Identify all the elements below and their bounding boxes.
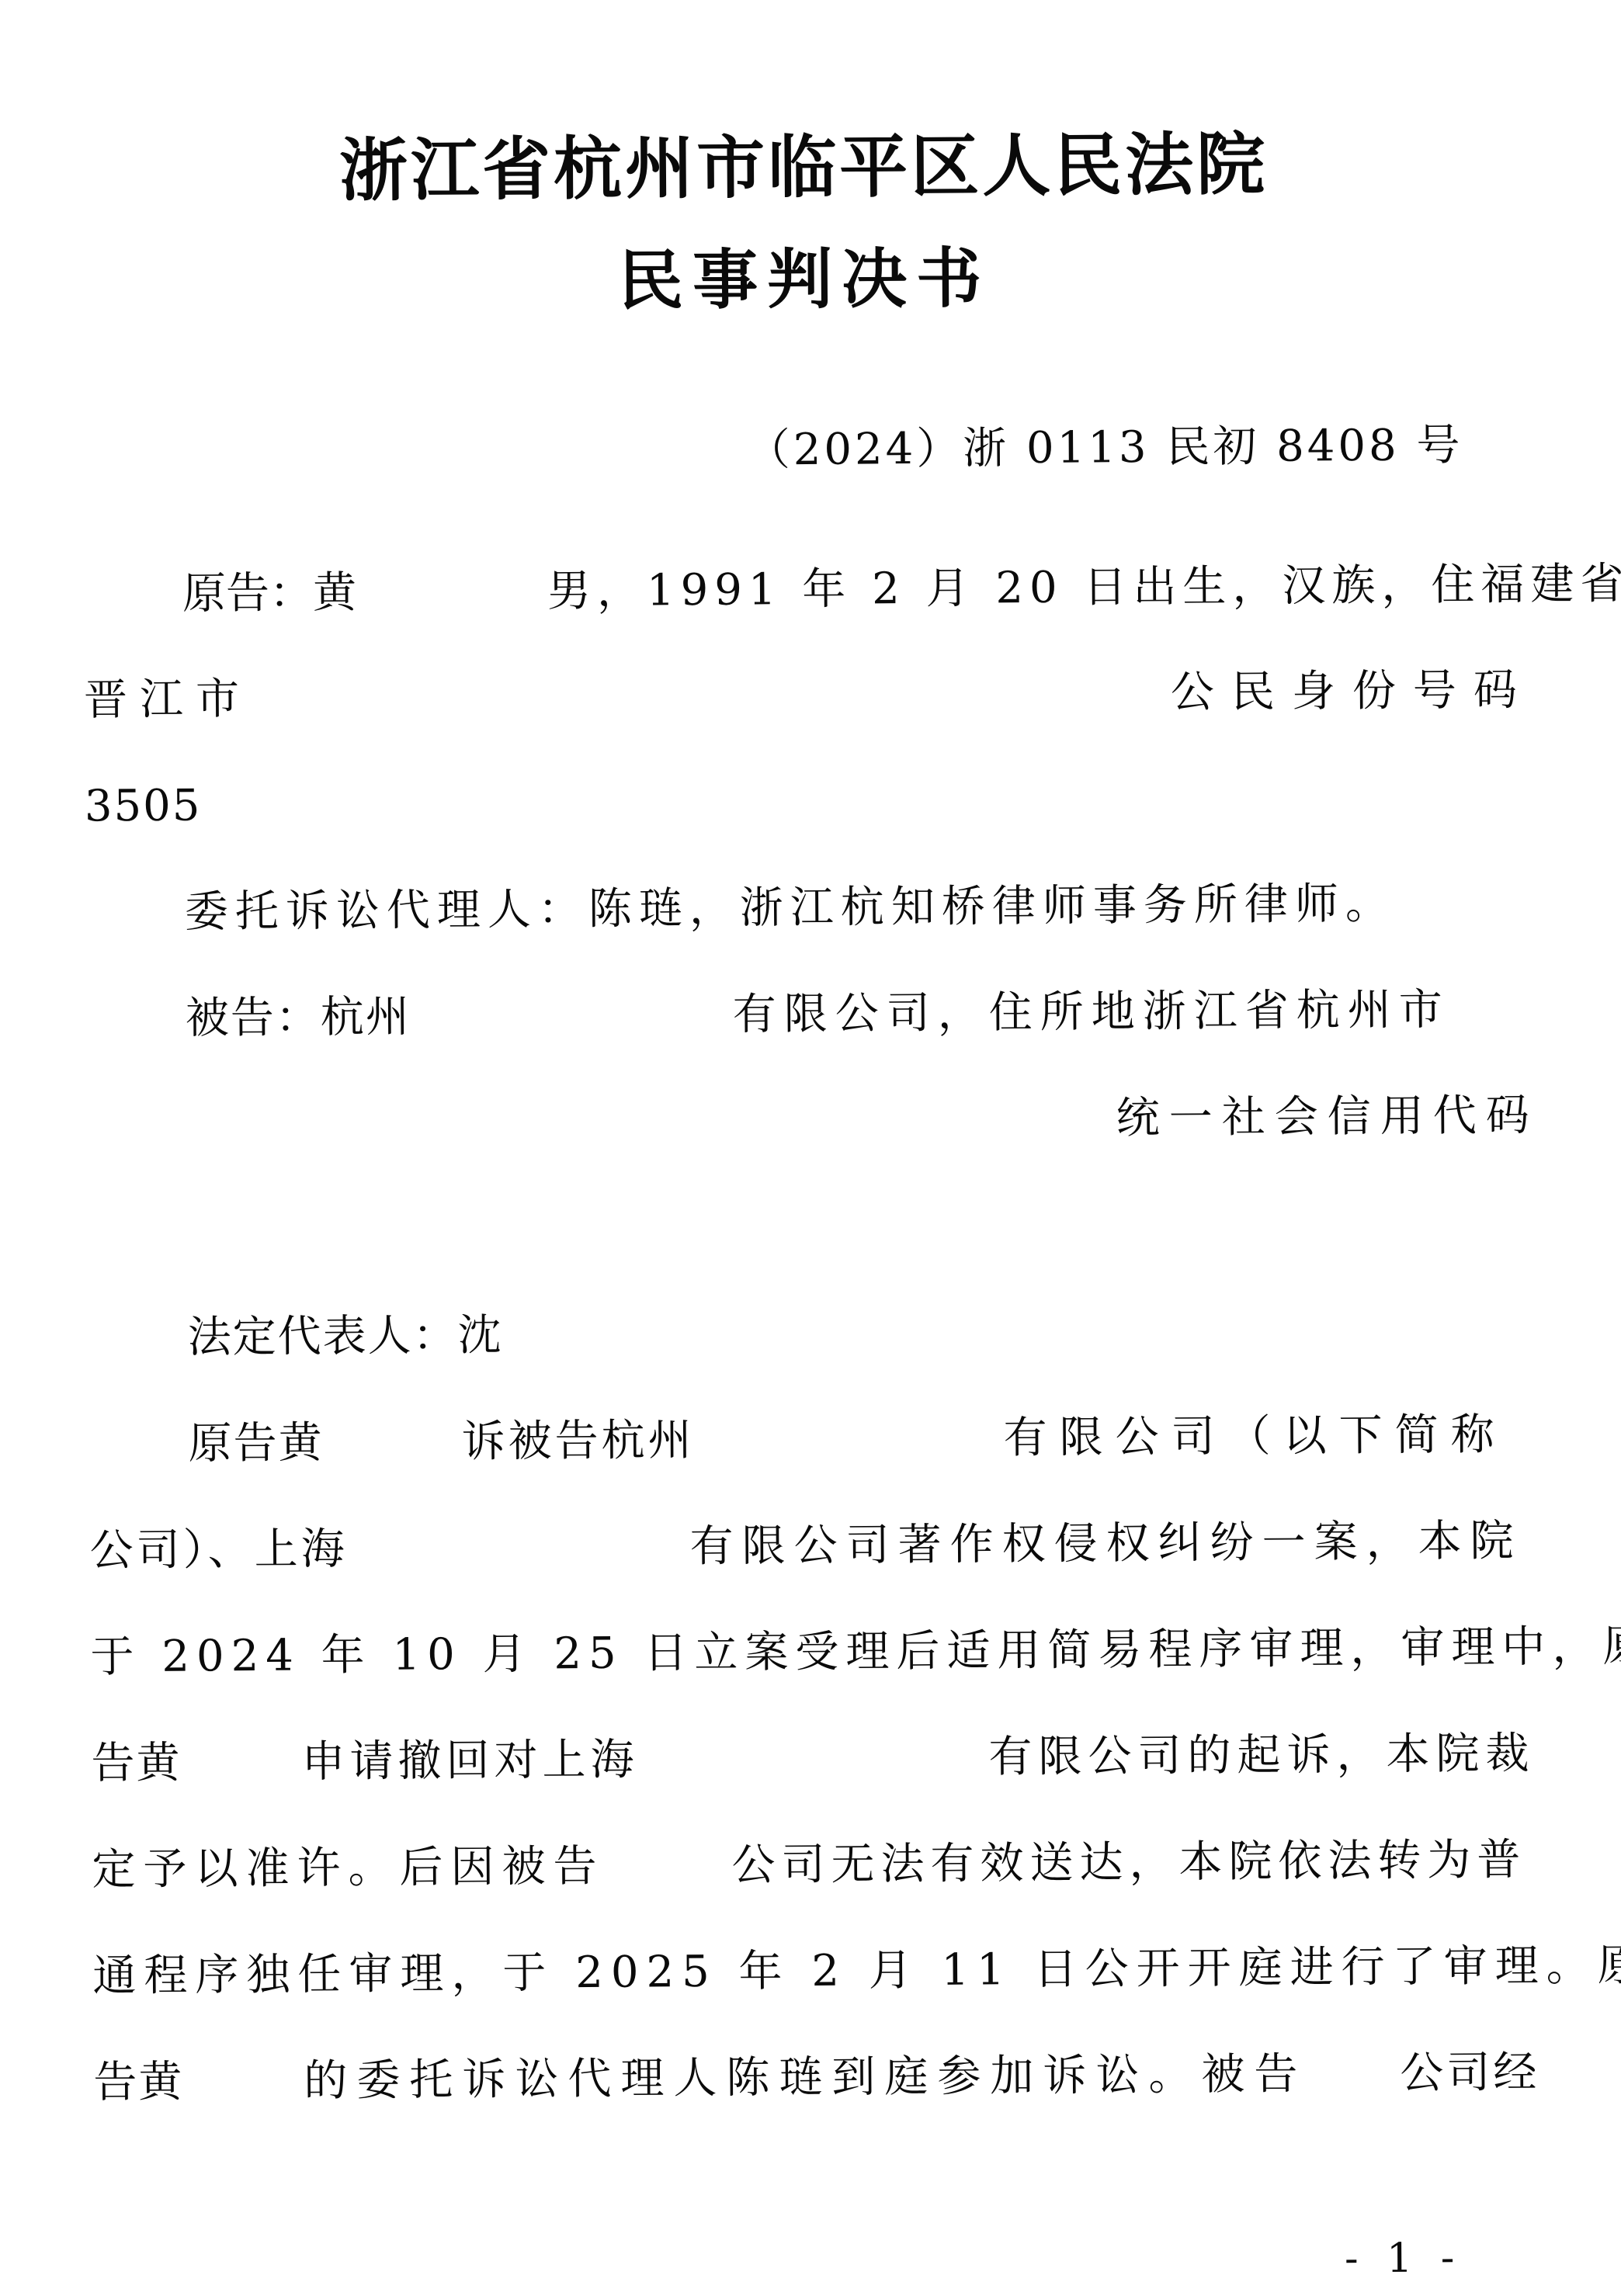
text-segment: 晋江市 [84, 674, 252, 727]
body-line-case-intro-1: 原告黄 诉被告杭州 有限公司（以下简称 [2, 1409, 1621, 1475]
body-line-legal-representative: 法定代表人：沈 [1, 1302, 1621, 1368]
text-segment: 公司经 [1400, 2047, 1539, 2099]
text-segment: 委托诉讼代理人：陈琏，浙江杭知桥律师事务所律师。 [185, 879, 1396, 938]
body-line-permission: 定予以准许。后因被告 公司无法有效送达，本院依法转为普 [5, 1834, 1621, 1900]
text-segment: 有限公司的起诉，本院裁 [988, 1729, 1535, 1784]
text-segment: 原告：黄 [182, 567, 356, 620]
body-line-hearing: 通程序独任审理，于 2025 年 2 月 11 日公开开庭进行了审理。原 [5, 1941, 1621, 2006]
scan-content: 浙江省杭州市临平区人民法院 民事判决书 （2024）浙 0113 民初 8408… [0, 0, 1621, 2296]
body-line-credit-code: 统一社会信用代码 [0, 1090, 1621, 1156]
text-segment: 告黄 [91, 1738, 181, 1790]
text-segment: 告黄 [93, 2057, 183, 2109]
body-line-plaintiff: 原告：黄 男，1991 年 2 月 20 日出生，汉族，住福建省 [0, 559, 1617, 625]
body-line-defendant: 被告：杭州 有限公司，住所地浙江省杭州市 [0, 983, 1620, 1049]
text-segment: 诉被告杭州 [461, 1415, 694, 1468]
text-segment: 3505 [85, 780, 202, 832]
text-segment: 有限公司（以下简称 [1003, 1410, 1506, 1465]
text-segment: 公司）、上海 [89, 1524, 347, 1576]
text-segment: 公司无法有效送达，本院依法转为普 [731, 1835, 1526, 1892]
text-segment: 原告黄 [188, 1417, 323, 1469]
body-line-case-intro-2: 公司）、上海 有限公司著作权侵权纠纷一案，本院 [2, 1515, 1621, 1581]
text-segment: 有限公司，住所地浙江省杭州市 [733, 984, 1450, 1040]
text-segment: 于 2024 年 10 月 25 日立案受理后适用简易程序审理，审理中，原 [90, 1621, 1621, 1683]
text-segment: 被告：杭州 [186, 992, 411, 1045]
text-segment: 的委托诉讼代理人陈琏到庭参加诉讼。被告 [304, 2049, 1307, 2107]
text-segment: 申请撤回对上海 [301, 1735, 638, 1788]
body-line-withdrawal: 告黄 申请撤回对上海 有限公司的起诉，本院裁 [4, 1728, 1621, 1794]
body-line-attendance: 告黄 的委托诉讼代理人陈琏到庭参加诉讼。被告 公司经 [6, 2047, 1621, 2113]
body-line-plaintiff-address: 晋江市 公民身份号码 [0, 664, 1618, 730]
text-segment: 公民身份号码 [1171, 664, 1534, 718]
text-segment: 法定代表人：沈 [187, 1310, 502, 1364]
text-segment: 通程序独任审理，于 2025 年 2 月 11 日公开开庭进行了审理。原 [92, 1940, 1621, 2002]
judgment-page: 浙江省杭州市临平区人民法院 民事判决书 （2024）浙 0113 民初 8408… [0, 0, 1621, 2296]
body-line-filing: 于 2024 年 10 月 25 日立案受理后适用简易程序审理，审理中，原 [3, 1621, 1621, 1687]
page-number: - 1 - [1345, 2235, 1463, 2281]
document-type-title: 民事判决书 [0, 237, 1615, 323]
text-segment: 统一社会信用代码 [1116, 1090, 1539, 1144]
court-name: 浙江省杭州市临平区人民法院 [0, 123, 1614, 212]
text-segment: 定予以准许。后因被告 [92, 1841, 604, 1896]
body-line-id-number: 3505 [0, 771, 1619, 837]
body-line-attorney: 委托诉讼代理人：陈琏，浙江杭知桥律师事务所律师。 [0, 877, 1619, 943]
text-segment: 男，1991 年 2 月 20 日出生，汉族，住福建省 [547, 559, 1621, 618]
text-segment: 有限公司著作权侵权纠纷一案，本院 [689, 1516, 1522, 1573]
case-number: （2024）浙 0113 民初 8408 号 [747, 421, 1463, 475]
